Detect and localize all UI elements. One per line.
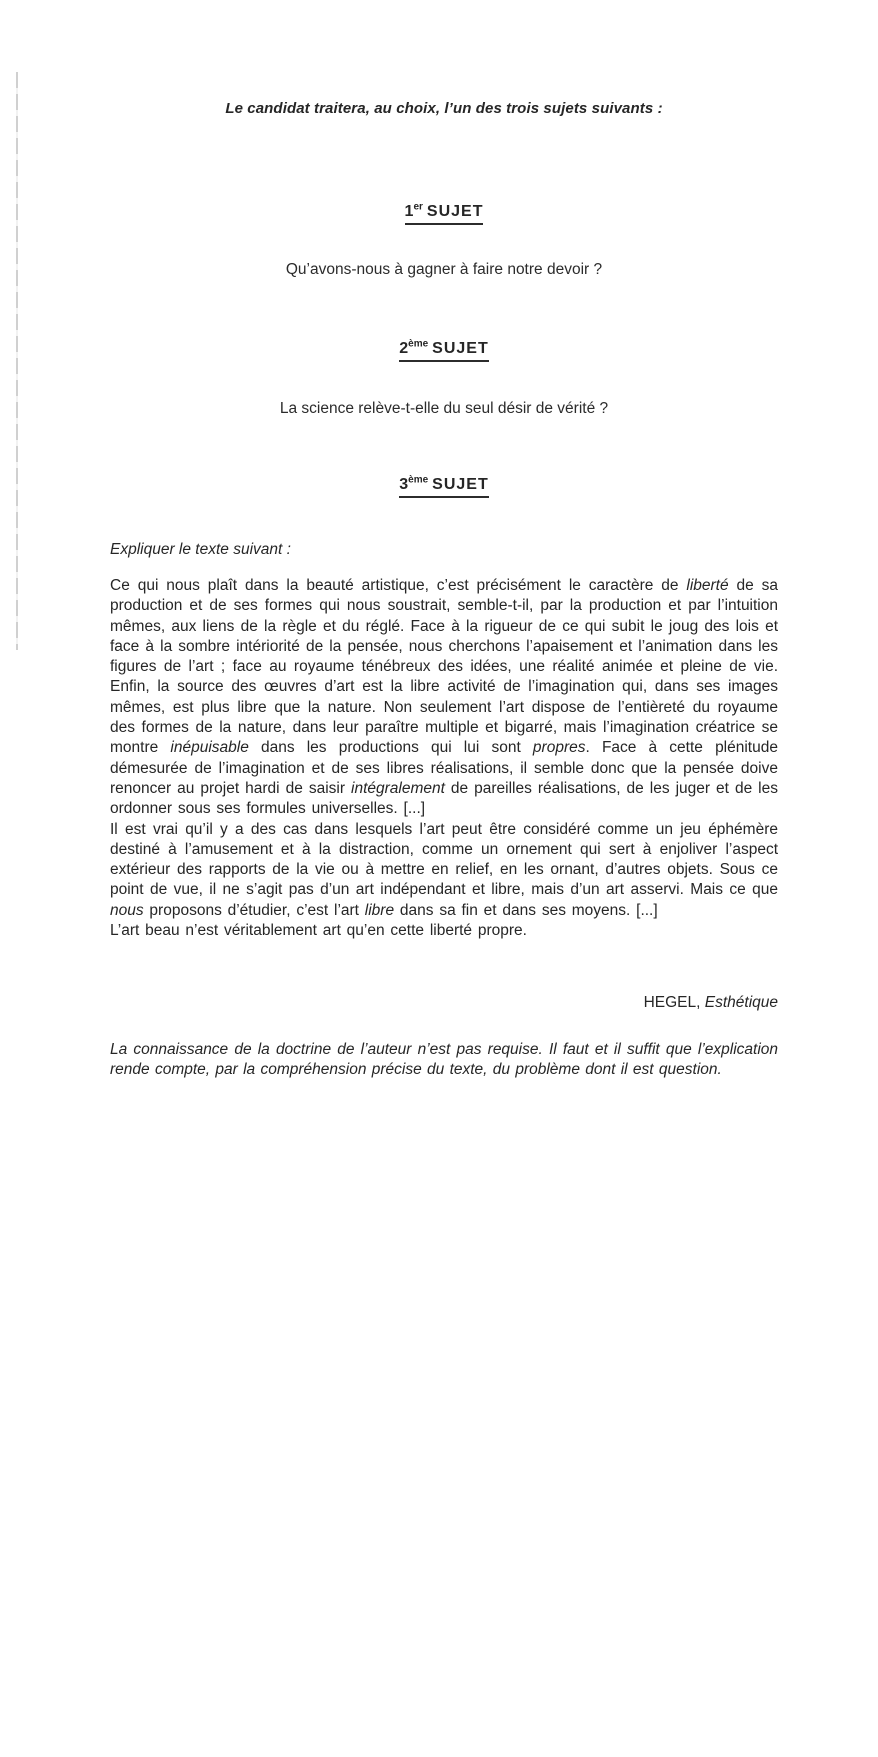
subject-3-label: SUJET: [432, 476, 489, 493]
subject-3-number: 3: [399, 476, 408, 493]
explain-text-intro: Expliquer le texte suivant :: [110, 541, 778, 559]
attribution-line: HEGEL, Esthétique: [110, 994, 778, 1012]
text-paragraph: Il est vrai qu’il y a des cas dans lesqu…: [110, 820, 778, 921]
subject-2-label: SUJET: [432, 340, 489, 357]
subject-2-number: 2: [399, 340, 408, 357]
subject-1-label: SUJET: [427, 203, 484, 220]
subject-3-heading: 3èmeSUJET: [110, 476, 778, 498]
subject-2-question: La science relève-t-elle du seul désir d…: [110, 400, 778, 418]
subject-1-heading: 1erSUJET: [110, 203, 778, 225]
examiner-note: La connaissance de la doctrine de l’aute…: [110, 1040, 778, 1081]
text-paragraph: Ce qui nous plaît dans la beauté artisti…: [110, 576, 778, 820]
exam-paper-page: Le candidat traitera, au choix, l’un des…: [0, 0, 878, 1757]
scan-artifact-line: [16, 72, 18, 650]
subject-2-heading: 2èmeSUJET: [110, 340, 778, 362]
text-paragraph: L’art beau n’est véritablement art qu’en…: [110, 921, 778, 941]
subject-2-ordinal: ème: [408, 339, 428, 350]
hegel-text-block: Ce qui nous plaît dans la beauté artisti…: [110, 576, 778, 941]
subject-1-question: Qu’avons-nous à gagner à faire notre dev…: [110, 261, 778, 279]
subject-3-ordinal: ème: [408, 475, 428, 486]
attribution-author: HEGEL,: [644, 994, 701, 1011]
subject-1-ordinal: er: [413, 202, 422, 213]
attribution-work-title: Esthétique: [705, 994, 778, 1011]
instruction-header: Le candidat traitera, au choix, l’un des…: [110, 100, 778, 117]
